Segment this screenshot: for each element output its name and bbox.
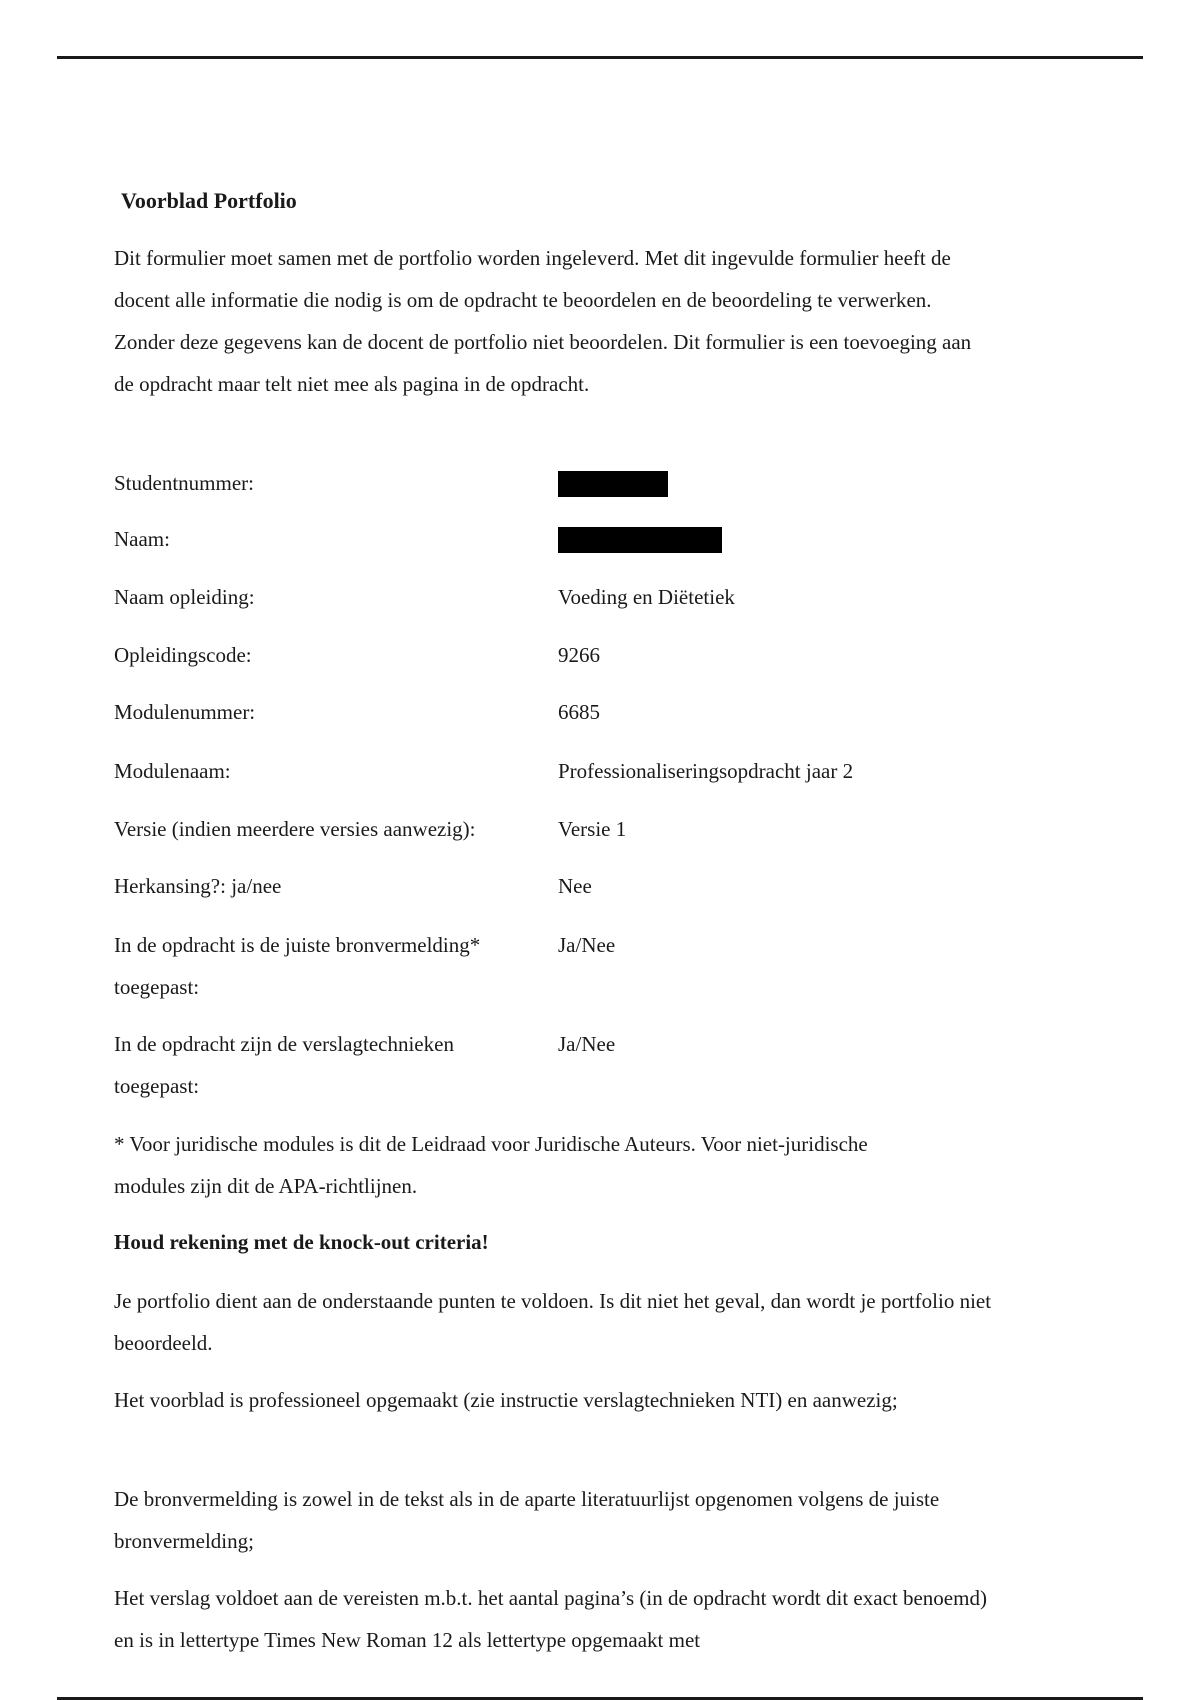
field-value-redacted bbox=[558, 462, 668, 504]
document-title: Voorblad Portfolio bbox=[121, 186, 297, 216]
field-value: Versie 1 bbox=[558, 808, 626, 850]
field-value: Professionaliseringsopdracht jaar 2 bbox=[558, 750, 853, 792]
field-label: Opleidingscode: bbox=[114, 634, 544, 676]
field-value-redacted bbox=[558, 518, 722, 560]
knockout-heading: Houd rekening met de knock-out criteria! bbox=[114, 1221, 994, 1263]
field-value: Voeding en Diëtetiek bbox=[558, 576, 735, 618]
field-label: Naam: bbox=[114, 518, 544, 560]
field-label: Modulenaam: bbox=[114, 750, 544, 792]
criterion-item: Het verslag voldoet aan de vereisten m.b… bbox=[114, 1577, 989, 1661]
field-label: Versie (indien meerdere versies aanwezig… bbox=[114, 808, 544, 850]
field-value: 6685 bbox=[558, 691, 600, 733]
field-label: In de opdracht zijn de verslagtechnieken… bbox=[114, 1023, 514, 1107]
criterion-item: Het voorblad is professioneel opgemaakt … bbox=[114, 1379, 954, 1421]
field-label: Herkansing?: ja/nee bbox=[114, 865, 544, 907]
footnote: * Voor juridische modules is dit de Leid… bbox=[114, 1123, 914, 1207]
field-label: Studentnummer: bbox=[114, 462, 544, 504]
intro-paragraph: Dit formulier moet samen met de portfoli… bbox=[114, 237, 994, 405]
field-label: Modulenummer: bbox=[114, 691, 544, 733]
page-top-rule bbox=[57, 56, 1143, 59]
field-label: Naam opleiding: bbox=[114, 576, 544, 618]
field-value: Ja/Nee bbox=[558, 1023, 615, 1065]
knockout-intro: Je portfolio dient aan de onderstaande p… bbox=[114, 1280, 994, 1364]
field-label: In de opdracht is de juiste bronvermeldi… bbox=[114, 924, 544, 1008]
criterion-item: De bronvermelding is zowel in de tekst a… bbox=[114, 1478, 1009, 1562]
redaction-block bbox=[558, 471, 668, 497]
redaction-block bbox=[558, 527, 722, 553]
field-value: 9266 bbox=[558, 634, 600, 676]
field-value: Nee bbox=[558, 865, 592, 907]
field-value: Ja/Nee bbox=[558, 924, 615, 966]
